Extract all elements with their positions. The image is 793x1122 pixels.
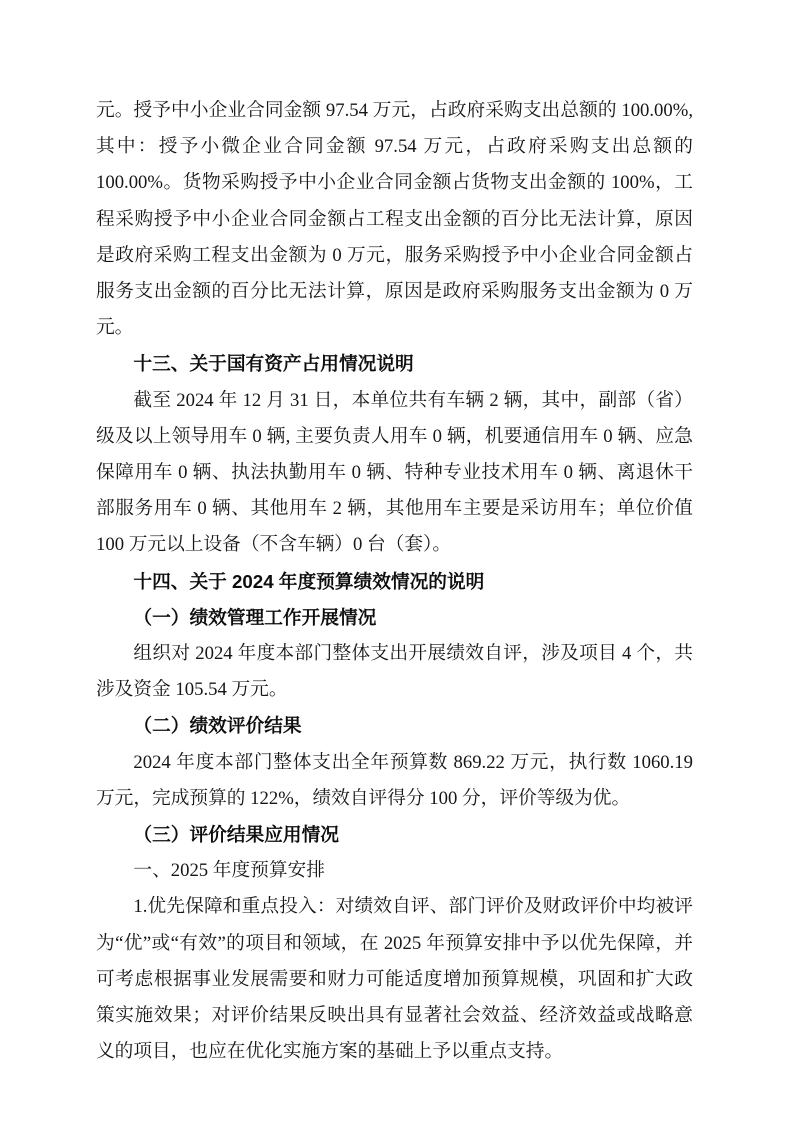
body-paragraph: 一、2025 年度预算安排 bbox=[96, 853, 693, 889]
document-content: 元。授予中小企业合同金额 97.54 万元，占政府采购支出总额的 100.00%… bbox=[96, 93, 693, 1070]
document-page: 元。授予中小企业合同金额 97.54 万元，占政府采购支出总额的 100.00%… bbox=[0, 0, 793, 1122]
section-heading: （二）绩效评价结果 bbox=[96, 708, 693, 744]
section-heading: （三）评价结果应用情况 bbox=[96, 817, 693, 853]
body-paragraph: 截至 2024 年 12 月 31 日，本单位共有车辆 2 辆，其中，副部（省）… bbox=[96, 383, 693, 564]
body-paragraph: 2024 年度本部门整体支出全年预算数 869.22 万元，执行数 1060.1… bbox=[96, 745, 693, 817]
section-heading: （一）绩效管理工作开展情况 bbox=[96, 600, 693, 636]
section-heading: 十四、关于 2024 年度预算绩效情况的说明 bbox=[96, 564, 693, 600]
body-paragraph: 1.优先保障和重点投入：对绩效自评、部门评价及财政评价中均被评为“优”或“有效”… bbox=[96, 889, 693, 1070]
section-heading: 十三、关于国有资产占用情况说明 bbox=[96, 346, 693, 382]
body-paragraph: 组织对 2024 年度本部门整体支出开展绩效自评，涉及项目 4 个，共涉及资金 … bbox=[96, 636, 693, 708]
body-paragraph: 元。授予中小企业合同金额 97.54 万元，占政府采购支出总额的 100.00%… bbox=[96, 93, 693, 346]
